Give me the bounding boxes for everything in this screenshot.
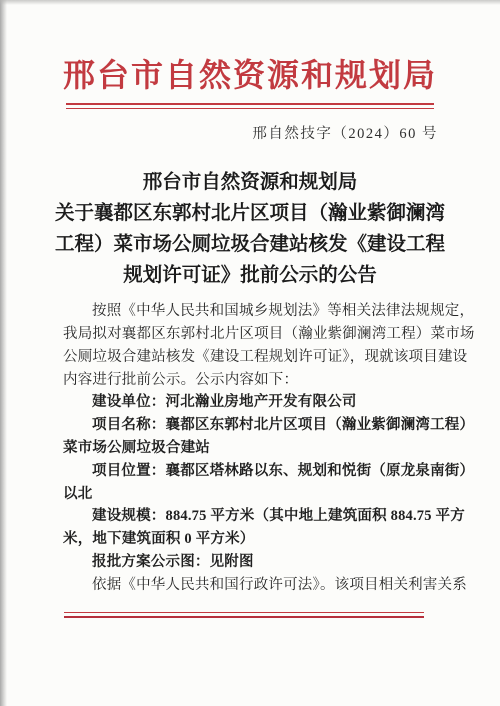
body-line-project-location-cont: 以北 — [63, 483, 442, 506]
scan-edge-top — [0, 0, 500, 5]
scanned-announcement-page: 邢台市自然资源和规划局 邢自然技字（2024）60 号 邢台市自然资源和规划局 … — [0, 0, 500, 706]
body-line: 我局拟对襄都区东郭村北片区项目（瀚业紫御澜湾工程）菜市场 — [63, 323, 442, 346]
title-line: 邢台市自然资源和规划局 — [0, 167, 500, 198]
announcement-title: 邢台市自然资源和规划局 关于襄都区东郭村北片区项目（瀚业紫御澜湾 工程）菜市场公… — [0, 167, 500, 291]
letterhead-org-name: 邢台市自然资源和规划局 — [0, 50, 500, 101]
body-line-plan-diagram: 报批方案公示图：见附图 — [63, 551, 442, 574]
body-line-construction-scale-cont: 米，地下建筑面积 0 平方米） — [63, 528, 442, 551]
body-line-legal-basis: 依据《中华人民共和国行政许可法》。该项目相关利害关系 — [63, 574, 442, 597]
footer-double-rule — [64, 612, 424, 618]
scan-edge-left — [0, 0, 7, 706]
document-number: 邢自然技字（2024）60 号 — [0, 122, 500, 143]
body-line-construction-unit: 建设单位：河北瀚业房地产开发有限公司 — [63, 391, 442, 414]
body-line: 按照《中华人民共和国城乡规划法》等相关法律法规规定， — [63, 300, 442, 323]
title-line: 关于襄都区东郭村北片区项目（瀚业紫御澜湾 — [0, 198, 500, 229]
body-line-project-name-cont: 菜市场公厕垃圾合建站 — [63, 437, 442, 460]
body-line-project-location: 项目位置：襄都区塔林路以东、规划和悦街（原龙泉南街） — [63, 460, 442, 483]
body-line: 内容进行批前公示。公示内容如下： — [63, 369, 442, 392]
title-line: 规划许可证》批前公示的公告 — [0, 260, 500, 291]
title-line: 工程）菜市场公厕垃圾合建站核发《建设工程 — [0, 229, 500, 260]
body-line-construction-scale: 建设规模：884.75 平方米（其中地上建筑面积 884.75 平方 — [63, 505, 442, 528]
body-line: 公厕垃圾合建站核发《建设工程规划许可证》，现就该项目建设 — [63, 346, 442, 369]
body-line-project-name: 项目名称：襄都区东郭村北片区项目（瀚业紫御澜湾工程） — [63, 414, 442, 437]
announcement-body: 按照《中华人民共和国城乡规划法》等相关法律法规规定， 我局拟对襄都区东郭村北片区… — [63, 300, 442, 596]
letterhead: 邢台市自然资源和规划局 邢自然技字（2024）60 号 — [0, 50, 500, 143]
letterhead-double-rule — [66, 103, 434, 109]
